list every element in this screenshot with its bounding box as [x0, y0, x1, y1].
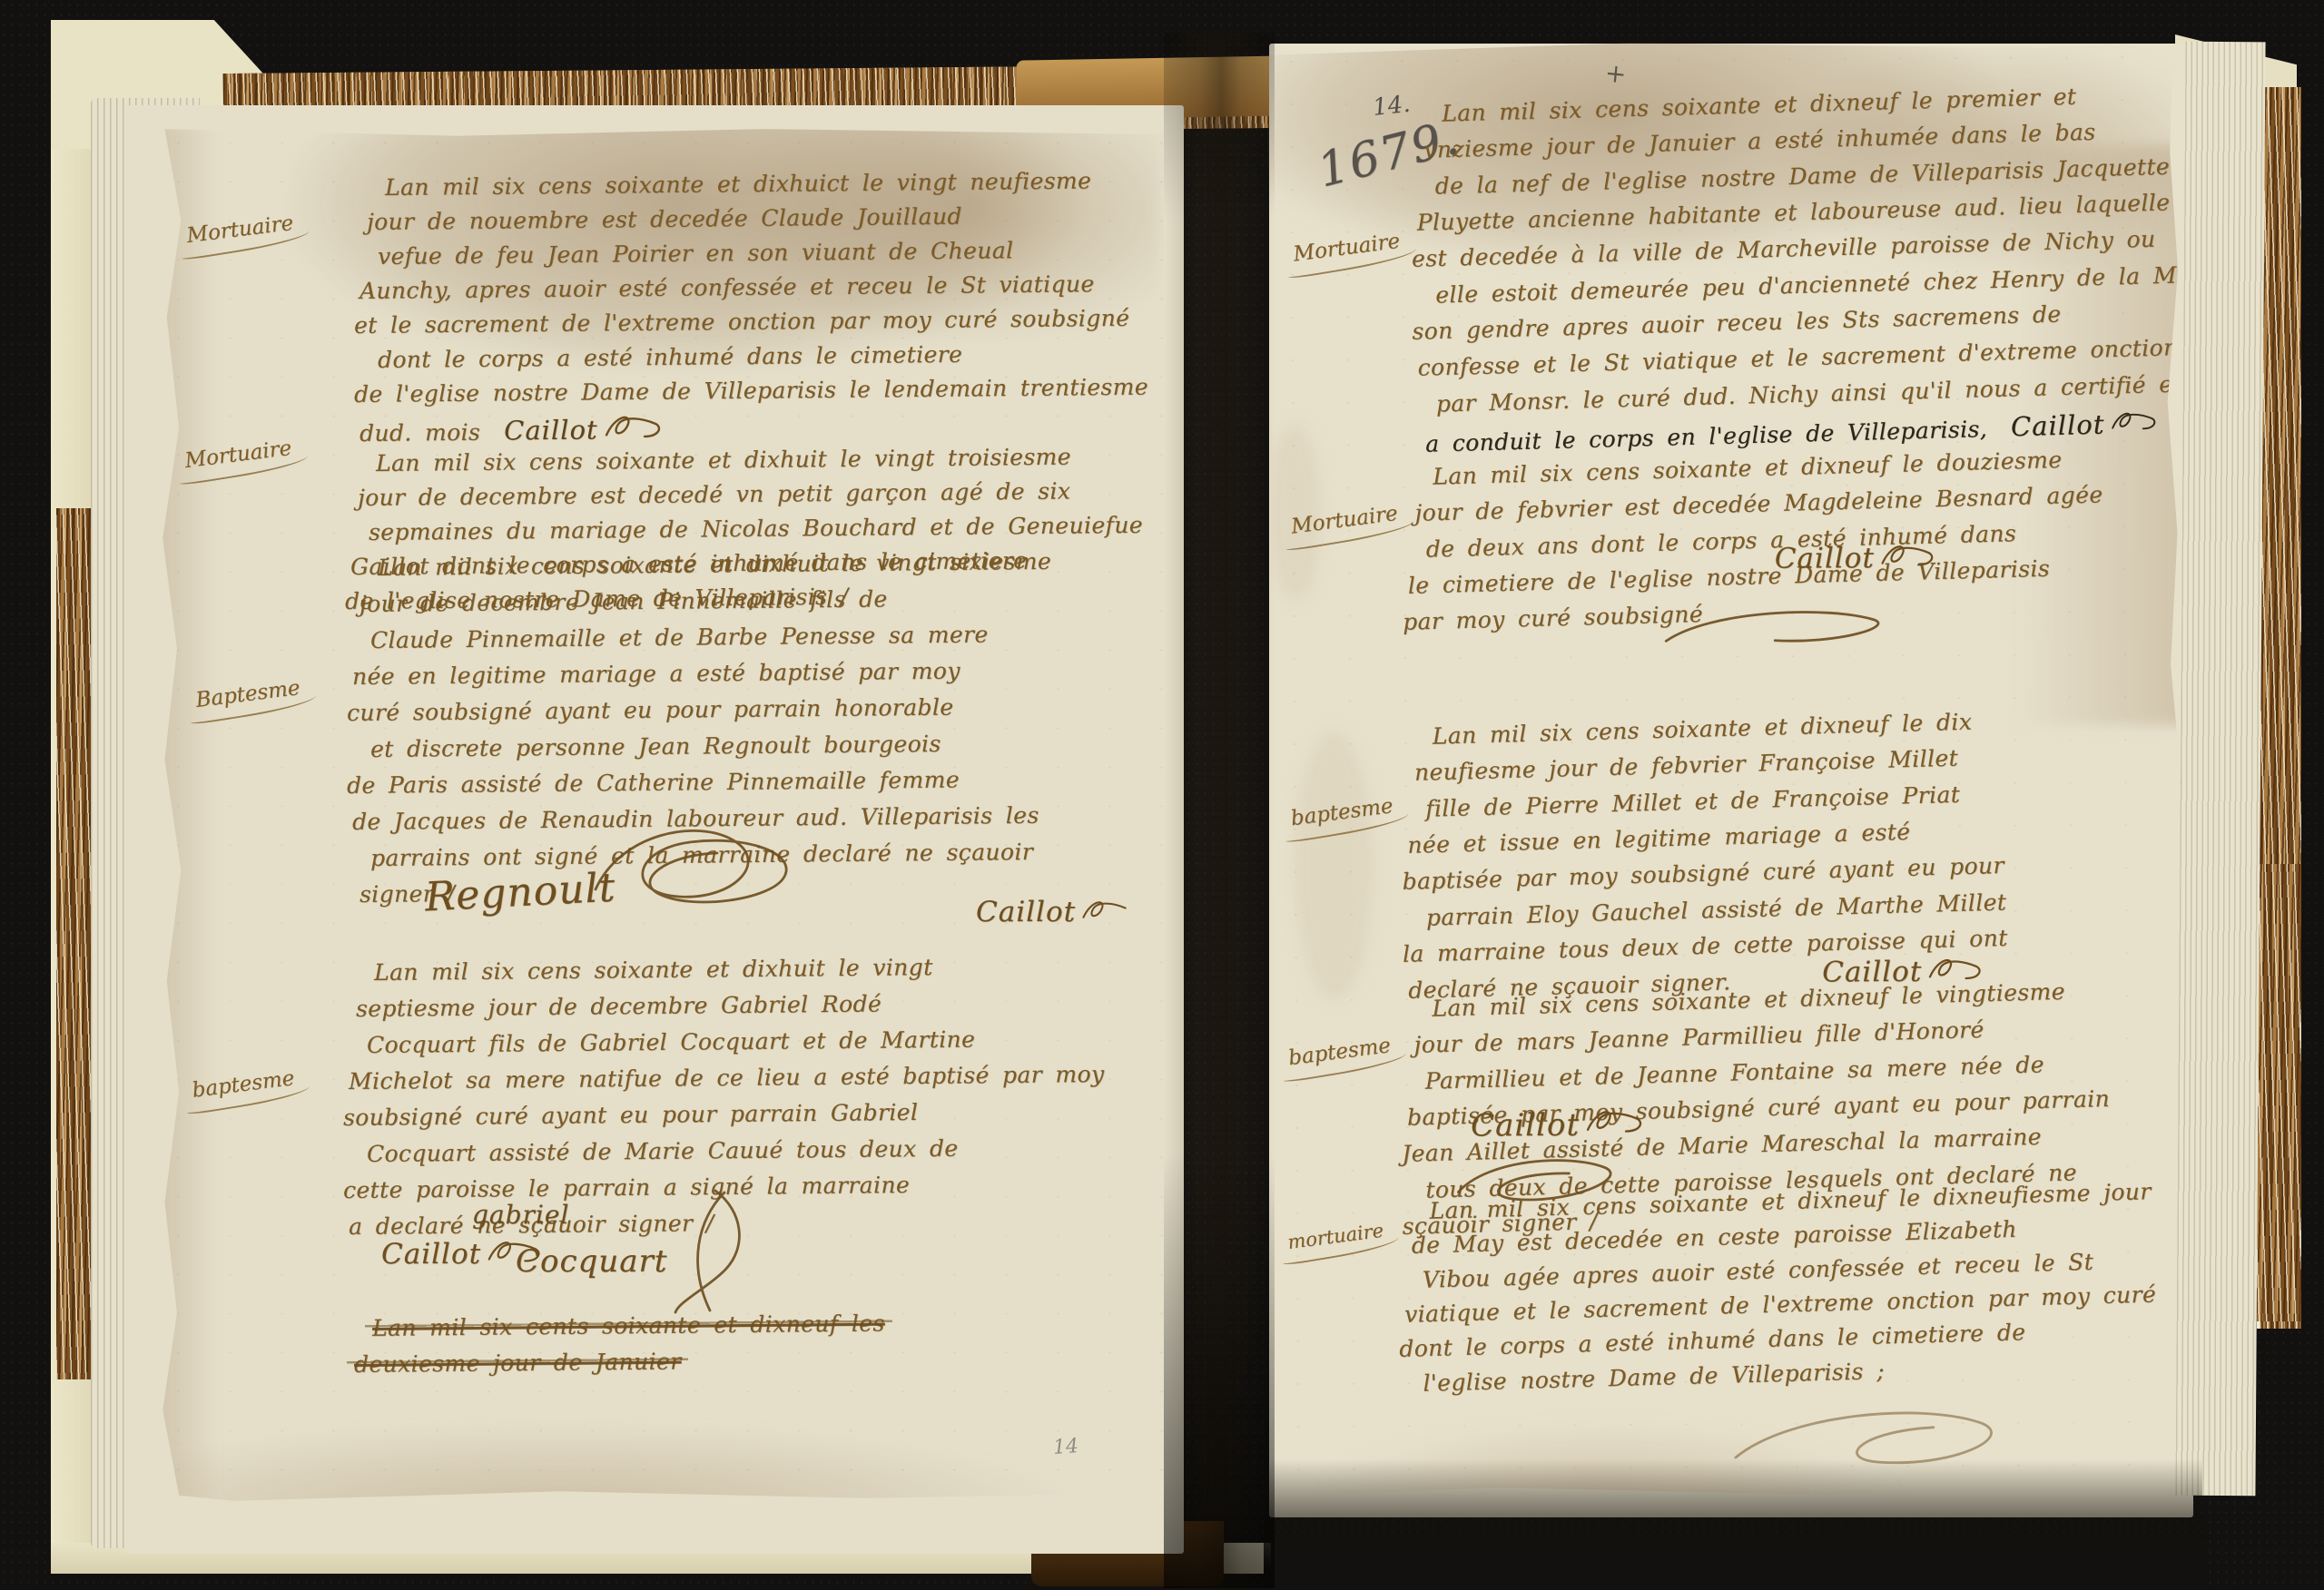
photograph-of-open-register: Mortuaire Lan mil six cens soixante et d…	[0, 0, 2324, 1590]
end-flourish-icon	[1725, 1398, 2015, 1481]
left-page: Mortuaire Lan mil six cens soixante et d…	[153, 123, 1171, 1507]
signature-paraph-icon	[1879, 538, 1939, 574]
signature: Caillot	[976, 894, 1135, 928]
margin-note: Baptesme	[194, 676, 302, 722]
margin-note: Mortuaire	[185, 211, 296, 258]
signature-paraph-icon	[581, 813, 817, 913]
folio-number: 14.	[1372, 91, 1412, 122]
register-entry: Lan mil six cens soixante et dixneuf le …	[1411, 92, 2190, 463]
manuscript-line: curé soubsigné ayant eu pour parrain hon…	[347, 689, 1052, 731]
register-entry: Lan mil six cens soixante et dixneuf le …	[1398, 1191, 2156, 1401]
pencil-folio: 14	[1052, 1435, 1079, 1459]
right-page: 14. 1679. + Mortuaire Lan mil six cens s…	[1264, 35, 2190, 1503]
manuscript-line: deuxiesme jour de Januier	[347, 1343, 689, 1383]
signature: Caillot	[2011, 408, 2105, 442]
signature-flourish-icon	[1657, 600, 1893, 655]
margin-note: baptesme	[1287, 1034, 1393, 1080]
signature: Caillot	[1471, 1102, 1648, 1143]
margin-note: Mortuaire	[1292, 230, 1403, 277]
page-block-fore-edge	[2175, 42, 2265, 1497]
signature: Cocquart	[516, 1243, 667, 1280]
cross-mark: +	[1603, 58, 1628, 90]
margin-note: mortuaire	[1286, 1220, 1386, 1263]
signature-paraph-icon	[661, 1183, 761, 1320]
book-gutter-shadow	[1164, 33, 1275, 1588]
register-entry: Lan mil six cents soixante et dixneuf le…	[334, 1310, 892, 1383]
ink-bleed-through	[1293, 730, 1376, 1002]
signature: gabriel	[472, 1200, 569, 1230]
signature-paraph-icon	[1584, 1102, 1648, 1142]
manuscript-line: Lan mil six cents soixante et dixneuf le…	[365, 1305, 892, 1347]
signature: Caillot	[504, 414, 598, 446]
signature-paraph-icon	[2109, 403, 2161, 441]
margin-note: baptesme	[191, 1066, 297, 1113]
signature: Caillot	[1775, 538, 1939, 575]
signature-paraph-icon	[602, 409, 665, 447]
margin-note: Mortuaire	[183, 437, 294, 483]
register-entry: Lan mil six cens soixante et dixhuict le…	[354, 171, 1148, 451]
paper-stain	[153, 1376, 1169, 1507]
signature-paraph-icon	[1080, 894, 1135, 928]
